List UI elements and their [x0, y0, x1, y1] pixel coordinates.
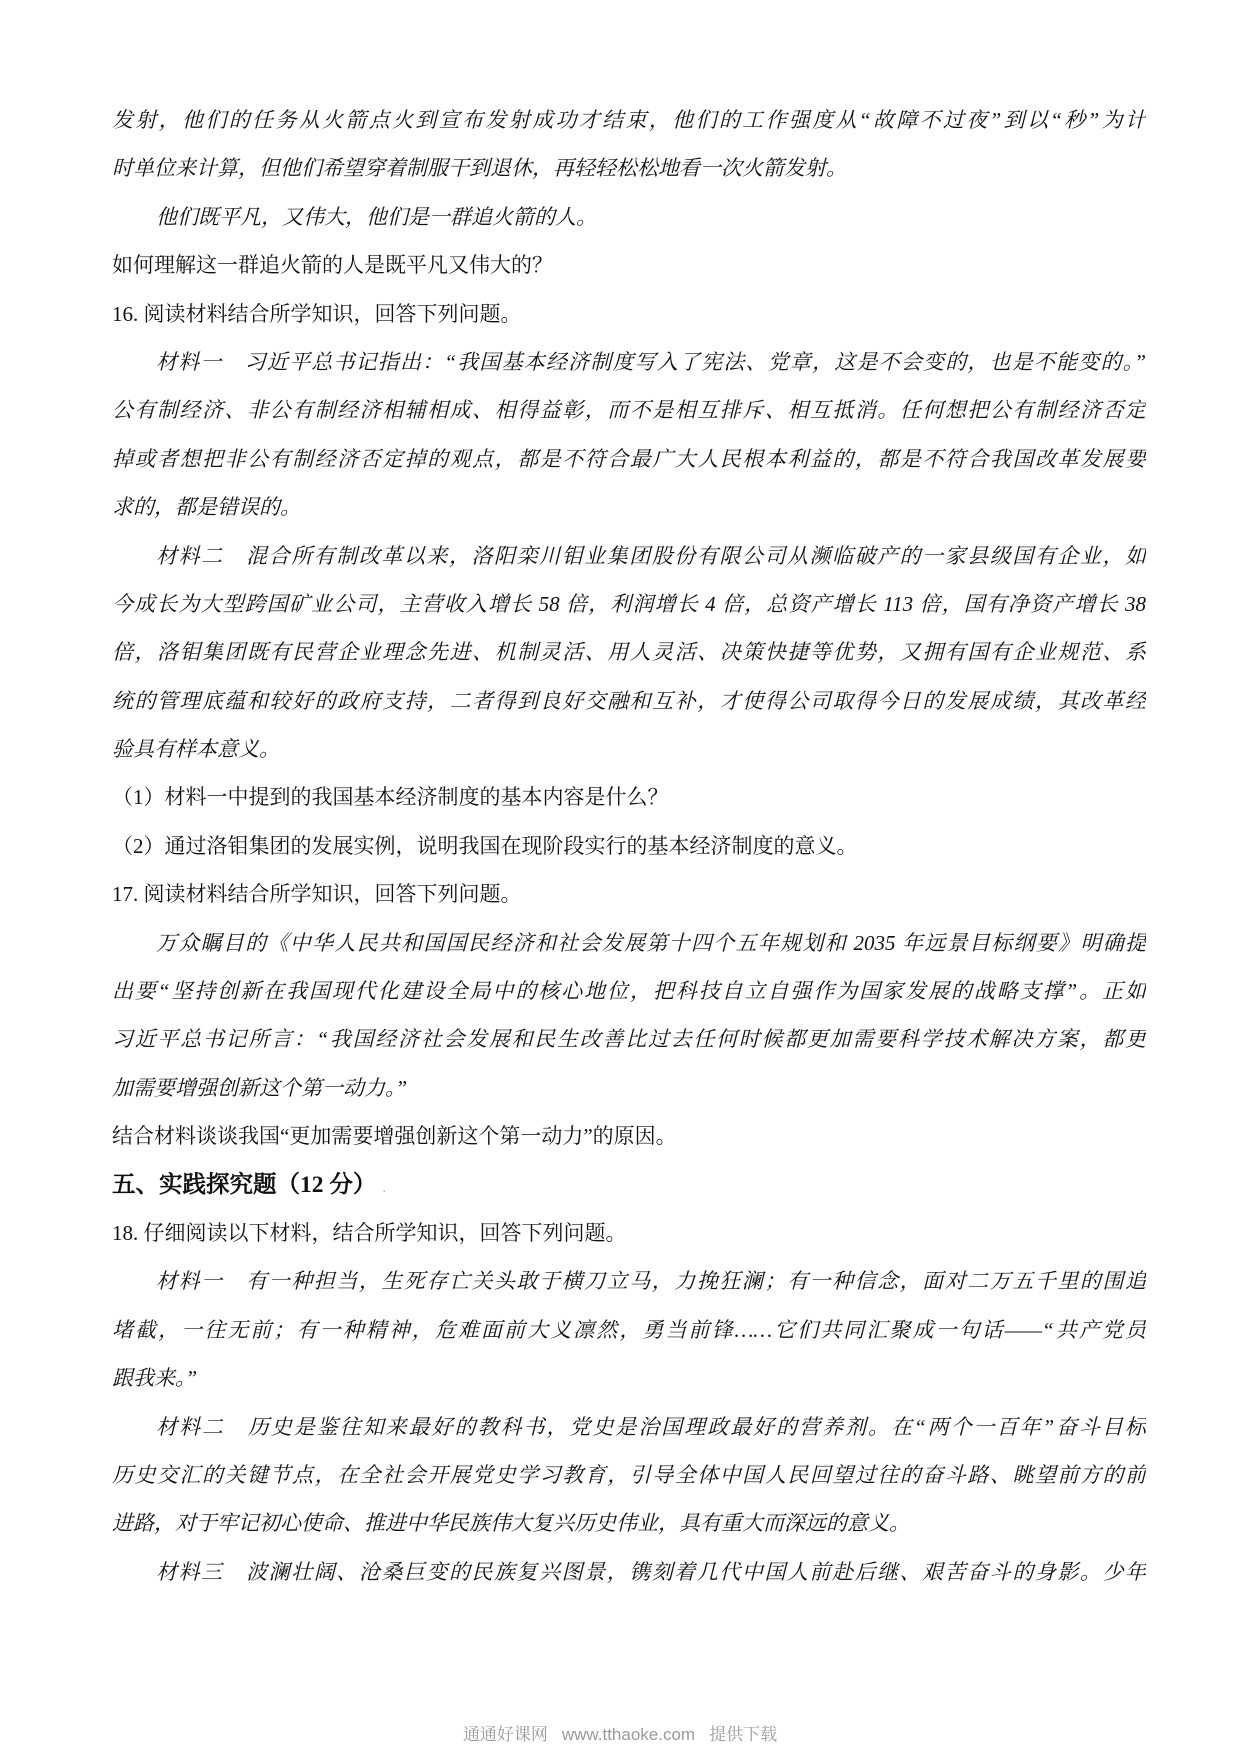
text-line: 统的管理底蕴和较好的政府支持，二者得到良好交融和互补，才使得公司取得今日的发展成…: [112, 677, 1146, 725]
text-line: 习近平总书记所言：“我国经济社会发展和民生改善比过去任何时候都更加需要科学技术解…: [112, 1015, 1146, 1063]
question-16-sub1: （1）材料一中提到的我国基本经济制度的基本内容是什么？: [112, 773, 1146, 821]
section-5-heading: 五、实践探究题（12 分）.: [112, 1161, 1146, 1209]
exam-document-page: 发射，他们的任务从火箭点火到宣布发射成功才结束，他们的工作强度从“故障不过夜”到…: [0, 0, 1240, 1754]
text-line: 万众瞩目的《中华人民共和国国民经济和社会发展第十四个五年规划和 2035 年远景…: [112, 919, 1146, 967]
text-line: 历史交汇的关键节点，在全社会开展党史学习教育，引导全体中国人民回望过往的奋斗路、…: [112, 1451, 1146, 1499]
question-17-lead: 17. 阅读材料结合所学知识，回答下列问题。: [112, 870, 1146, 918]
question-15-task: 如何理解这一群追火箭的人是既平凡又伟大的？: [112, 241, 1146, 289]
question-16-sub2: （2）通过洛钼集团的发展实例，说明我国在现阶段实行的基本经济制度的意义。: [112, 822, 1146, 870]
question-18-lead: 18. 仔细阅读以下材料，结合所学知识，回答下列问题。: [112, 1209, 1146, 1257]
text-line: 材料三 波澜壮阔、沧桑巨变的民族复兴图景，镌刻着几代中国人前赴后继、艰苦奋斗的身…: [112, 1548, 1146, 1596]
footer-site-url: www.tthaoke.com: [562, 1725, 695, 1744]
stray-period-mark: .: [382, 1180, 386, 1196]
footer-watermark: 通通好课网www.tthaoke.com提供下载: [0, 1720, 1240, 1745]
text-line: 发射，他们的任务从火箭点火到宣布发射成功才结束，他们的工作强度从“故障不过夜”到…: [112, 96, 1146, 144]
text-line: 跟我来。”: [112, 1354, 1146, 1402]
text-line: 出要“坚持创新在我国现代化建设全局中的核心地位，把科技自立自强作为国家发展的战略…: [112, 967, 1146, 1015]
text-line: 堵截，一往无前；有一种精神，危难面前大义凛然，勇当前锋……它们共同汇聚成一句话—…: [112, 1306, 1146, 1354]
text-line: 材料一 习近平总书记指出：“我国基本经济制度写入了宪法、党章，这是不会变的，也是…: [112, 338, 1146, 386]
text-line: 今成长为大型跨国矿业公司，主营收入增长 58 倍，利润增长 4 倍，总资产增长 …: [112, 580, 1146, 628]
text-line: 求的，都是错误的。: [112, 483, 1146, 531]
text-line: 进路，对于牢记初心使命、推进中华民族伟大复兴历史伟业，具有重大而深远的意义。: [112, 1499, 1146, 1547]
text-line: 材料一 有一种担当，生死存亡关头敢于横刀立马，力挽狂澜；有一种信念，面对二万五千…: [112, 1257, 1146, 1305]
text-line: 验具有样本意义。: [112, 725, 1146, 773]
text-line: 时单位来计算，但他们希望穿着制服干到退休，再轻轻松松地看一次火箭发射。: [112, 144, 1146, 192]
question-17-task: 结合材料谈谈我国“更加需要增强创新这个第一动力”的原因。: [112, 1112, 1146, 1160]
text-line: 掉或者想把非公有制经济否定掉的观点，都是不符合最广大人民根本利益的，都是不符合我…: [112, 435, 1146, 483]
text-line: 倍，洛钼集团既有民营企业理念先进、机制灵活、用人灵活、决策快捷等优势，又拥有国有…: [112, 628, 1146, 676]
text-line: 加需要增强创新这个第一动力。”: [112, 1064, 1146, 1112]
question-16-lead: 16. 阅读材料结合所学知识，回答下列问题。: [112, 290, 1146, 338]
footer-site-name: 通通好课网: [463, 1725, 548, 1744]
footer-note: 提供下载: [709, 1725, 777, 1744]
exam-body: 发射，他们的任务从火箭点火到宣布发射成功才结束，他们的工作强度从“故障不过夜”到…: [112, 96, 1146, 1596]
text-line: 材料二 历史是鉴往知来最好的教科书，党史是治国理政最好的营养剂。在“两个一百年”…: [112, 1403, 1146, 1451]
text-line: 他们既平凡，又伟大，他们是一群追火箭的人。: [112, 193, 1146, 241]
text-line: 材料二 混合所有制改革以来，洛阳栾川钼业集团股份有限公司从濒临破产的一家县级国有…: [112, 532, 1146, 580]
text-line: 公有制经济、非公有制经济相辅相成、相得益彰，而不是相互排斥、相互抵消。任何想把公…: [112, 386, 1146, 434]
